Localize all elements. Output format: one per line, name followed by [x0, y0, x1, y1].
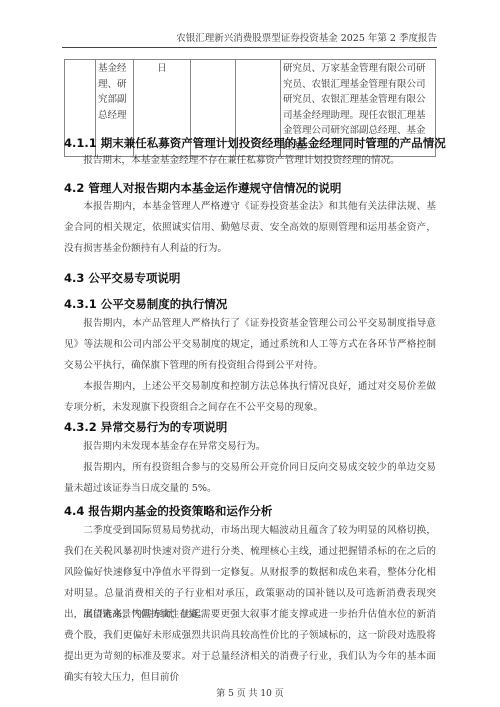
paragraph: 本报告期内，本基金管理人严格遵守《证券投资基金法》和其他有关法律法规、基金合同的…	[64, 196, 436, 259]
section-heading-4-3-2: 4.3.2 异常交易行为的专项说明	[64, 419, 227, 435]
section-heading-4-3-1: 4.3.1 公平交易制度的执行情况	[64, 296, 227, 312]
section-heading-4-4: 4.4 报告期内基金的投资策略和运作分析	[64, 503, 272, 519]
paragraph: 本报告期内，上述公平交易制度和控制方法总体执行情况良好，通过对交易价差做专项分析…	[64, 376, 436, 418]
paragraph: 展望未来，内需方面，比起需要更强大叙事才能支撑或进一步抬升估值水位的新消费个股，…	[64, 604, 436, 688]
paragraph: 报告期内未发现本基金存在异常交易行为。	[64, 436, 436, 457]
section-heading-4-1-1: 4.1.1 期末兼任私募资产管理计划投资经理的基金经理同时管理的产品情况	[64, 135, 446, 151]
section-heading-4-3: 4.3 公平交易专项说明	[64, 270, 180, 286]
report-title: 农银汇理新兴消费股票型证券投资基金 2025 年第 2 季度报告	[176, 33, 437, 44]
paragraph: 报告期末，本基金基金经理不存在兼任私募资产管理计划投资经理的情况。	[64, 150, 436, 171]
report-header: 农银汇理新兴消费股票型证券投资基金 2025 年第 2 季度报告	[62, 33, 437, 48]
section-heading-4-2: 4.2 管理人对报告期内本基金运作遵规守信情况的说明	[64, 180, 341, 196]
page-number: 第 5 页 共 10 页	[0, 686, 500, 699]
paragraph: 报告期内，本产品管理人严格执行了《证券投资基金管理公司公平交易制度指导意见》等法…	[64, 313, 436, 376]
paragraph: 报告期内，所有投资组合参与的交易所公开竞价同日反向交易成交较少的单边交易量未超过…	[64, 457, 436, 499]
